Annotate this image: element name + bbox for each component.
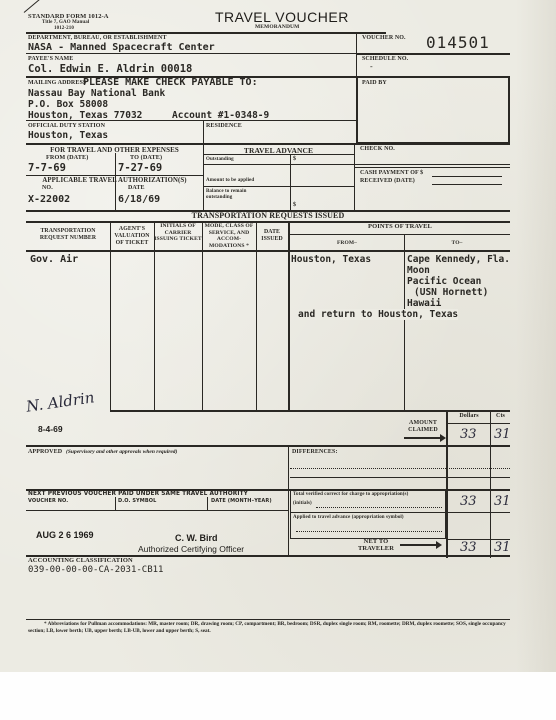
col-date-issued: DATE ISSUED <box>256 229 288 243</box>
rule <box>203 154 354 155</box>
form-number: STANDARD FORM 1012-A <box>28 13 109 20</box>
rule <box>26 510 288 511</box>
from-date-label: FROM (DATE) <box>46 154 88 161</box>
voucher-no-value: 014501 <box>426 33 490 52</box>
department-label: DEPARTMENT, BUREAU, OR ESTABLISHMENT <box>28 35 167 41</box>
approved-note: (Supervisory and other approvals when re… <box>66 449 177 455</box>
rule <box>288 445 289 555</box>
authorization-no-label: NO. <box>42 185 53 191</box>
travel-to-1: Cape Kennedy, Fla. <box>407 254 510 265</box>
authorization-date-label: DATE <box>128 185 145 191</box>
rule <box>490 410 491 558</box>
rule <box>446 423 510 424</box>
advance-balance-label: Balance to remain outstanding <box>206 189 266 201</box>
rule <box>207 497 208 510</box>
cash-payment-line <box>432 176 502 177</box>
voucher-paper: STANDARD FORM 1012-A Title 7, GAO Manual… <box>0 0 556 672</box>
rule <box>404 234 405 411</box>
rule <box>354 143 355 212</box>
travel-from-value: Houston, Texas <box>291 254 371 265</box>
schedule-no-label: SCHEDULE NO. <box>362 56 408 62</box>
points-of-travel-heading: POINTS OF TRAVEL <box>290 223 510 230</box>
verified-dollars: 33 <box>460 494 477 509</box>
col-agent-valuation: AGENT'S VALUATION OF TICKET <box>110 226 154 247</box>
travel-to-5: Hawaii <box>407 298 441 309</box>
rule <box>26 32 386 34</box>
arrow-right-icon <box>400 544 438 546</box>
form-code: 1012-210 <box>54 26 74 31</box>
voucher-no-label: VOUCHER NO. <box>362 35 406 41</box>
cash-payment-label: CASH PAYMENT OF $ <box>360 170 423 176</box>
rule <box>354 167 510 168</box>
rule <box>26 619 510 620</box>
approved-label: APPROVED <box>28 449 62 455</box>
residence-label: RESIDENCE <box>206 123 242 129</box>
rule <box>356 53 510 55</box>
net-cents: 31 <box>494 540 511 555</box>
authorization-date-value: 6/18/69 <box>118 194 160 205</box>
rule <box>26 250 510 252</box>
received-date-label: RECEIVED (DATE) <box>360 178 415 184</box>
differences-label: DIFFERENCES: <box>292 449 338 455</box>
paper-edge-shading <box>516 0 556 672</box>
initials-line <box>316 507 442 508</box>
certifying-officer-name: C. W. Bird <box>175 533 218 543</box>
payee-signature: N. Aldrin <box>25 388 95 415</box>
rule <box>290 468 510 469</box>
rule <box>446 410 448 558</box>
advance-outstanding-label: Outstanding <box>206 157 234 162</box>
department-value: NASA - Manned Spacecraft Center <box>28 42 215 53</box>
amount-claimed-dollars: 33 <box>460 427 477 442</box>
paid-by-label: PAID BY <box>362 80 387 86</box>
check-no-label: CHECK NO. <box>360 146 395 152</box>
travel-to-2: Moon <box>407 265 430 276</box>
authorization-heading: APPLICABLE TRAVEL AUTHORIZATION(S) <box>26 177 203 184</box>
certifying-officer-title: Authorized Certifying Officer <box>138 544 244 554</box>
authorization-no-value: X-22002 <box>28 194 70 205</box>
rule <box>203 164 354 165</box>
amount-claimed-cents: 31 <box>494 427 511 442</box>
bank-po-box: P.O. Box 58008 <box>28 99 108 110</box>
payable-to-heading: PLEASE MAKE CHECK PAYABLE TO: <box>83 77 258 88</box>
rule <box>26 143 510 145</box>
total-verified-label: Total verified correct for charge to app… <box>293 492 408 497</box>
travel-to-4: (USN Hornett) <box>414 287 488 298</box>
rule <box>115 497 116 510</box>
mailing-address-label: MAILING ADDRESS <box>28 80 86 86</box>
rule <box>290 477 510 478</box>
form-reference: Title 7, GAO Manual <box>42 20 89 25</box>
rule <box>290 512 446 513</box>
travel-to-3: Pacific Ocean <box>407 276 481 287</box>
payee-label: PAYEE'S NAME <box>28 56 73 62</box>
payee-value: Col. Edwin E. Aldrin 00018 <box>28 63 192 75</box>
net-to-traveler-label: NET TO TRAVELER <box>355 538 397 552</box>
signature-date: 8-4-69 <box>38 424 63 434</box>
col-mode-class: MODE, CLASS OF SERVICE, AND ACCOM-MODATI… <box>202 223 256 249</box>
rule <box>356 32 357 78</box>
rule <box>290 234 510 235</box>
footnote: * Abbreviations for Pullman accommodatio… <box>28 621 512 634</box>
schedule-no-value: - <box>370 62 373 71</box>
rule <box>354 164 510 165</box>
rule <box>26 120 356 121</box>
previous-voucher-heading: NEXT PREVIOUS VOUCHER PAID UNDER SAME TR… <box>28 491 248 497</box>
rule <box>203 186 354 187</box>
do-symbol-label: D.O. SYMBOL <box>118 498 156 504</box>
page-subtitle: MEMORANDUM <box>255 24 299 30</box>
rule <box>290 154 291 212</box>
certification-date-stamp: AUG 2 6 1969 <box>36 530 94 540</box>
page-title: TRAVEL VOUCHER <box>215 9 349 25</box>
rule <box>110 410 510 412</box>
rule <box>26 53 360 54</box>
rule <box>203 120 204 212</box>
transport-heading: TRANSPORTATION REQUESTS ISSUED <box>26 211 510 220</box>
rule <box>26 445 510 447</box>
arrow-right-icon <box>404 437 442 439</box>
accounting-label: ACCOUNTING CLASSIFICATION <box>28 557 133 564</box>
bank-name: Nassau Bay National Bank <box>28 88 165 99</box>
rule <box>26 175 203 176</box>
request-number-value: Gov. Air <box>30 254 78 265</box>
to-date-label: TO (DATE) <box>130 154 162 161</box>
to-date-value: 7-27-69 <box>118 162 162 174</box>
cents-label: Cts <box>491 413 510 419</box>
accounting-value: 039-00-00-00-CA-2031-CB11 <box>28 565 163 575</box>
pen-stroke <box>24 0 41 13</box>
verified-cents: 31 <box>494 494 511 509</box>
advance-applied-label: Amount to be applied <box>206 178 254 183</box>
net-dollars: 33 <box>460 540 477 555</box>
previous-date-label: DATE (MONTH–YEAR) <box>211 498 272 504</box>
dollars-label: Dollars <box>448 413 490 419</box>
arrow-head-icon <box>436 541 442 549</box>
to-column-label: TO– <box>404 240 510 246</box>
from-column-label: FROM– <box>290 240 404 246</box>
return-note: and return to Houston, Texas <box>298 309 458 320</box>
paid-by-box <box>356 76 510 144</box>
duty-station-label: OFFICIAL DUTY STATION <box>28 123 105 129</box>
initials-label: (initials) <box>293 501 312 506</box>
from-date-value: 7-7-69 <box>28 162 66 174</box>
col-request-number: TRANSPORTATION REQUEST NUMBER <box>26 228 110 242</box>
amount-claimed-label: AMOUNT CLAIMED <box>398 420 448 433</box>
previous-voucher-no-label: VOUCHER NO. <box>28 498 68 504</box>
appropriation-line <box>296 531 442 532</box>
rule <box>446 512 510 513</box>
received-date-line <box>432 184 502 185</box>
advance-outstanding-dollar: $ <box>293 156 296 162</box>
col-carrier-initials: INITIALS OF CARRIER ISSUING TICKET <box>154 223 202 243</box>
applied-advance-label: Applied to travel advance (appropriation… <box>293 515 404 520</box>
advance-balance-dollar: $ <box>293 202 296 208</box>
duty-station-value: Houston, Texas <box>28 130 108 141</box>
